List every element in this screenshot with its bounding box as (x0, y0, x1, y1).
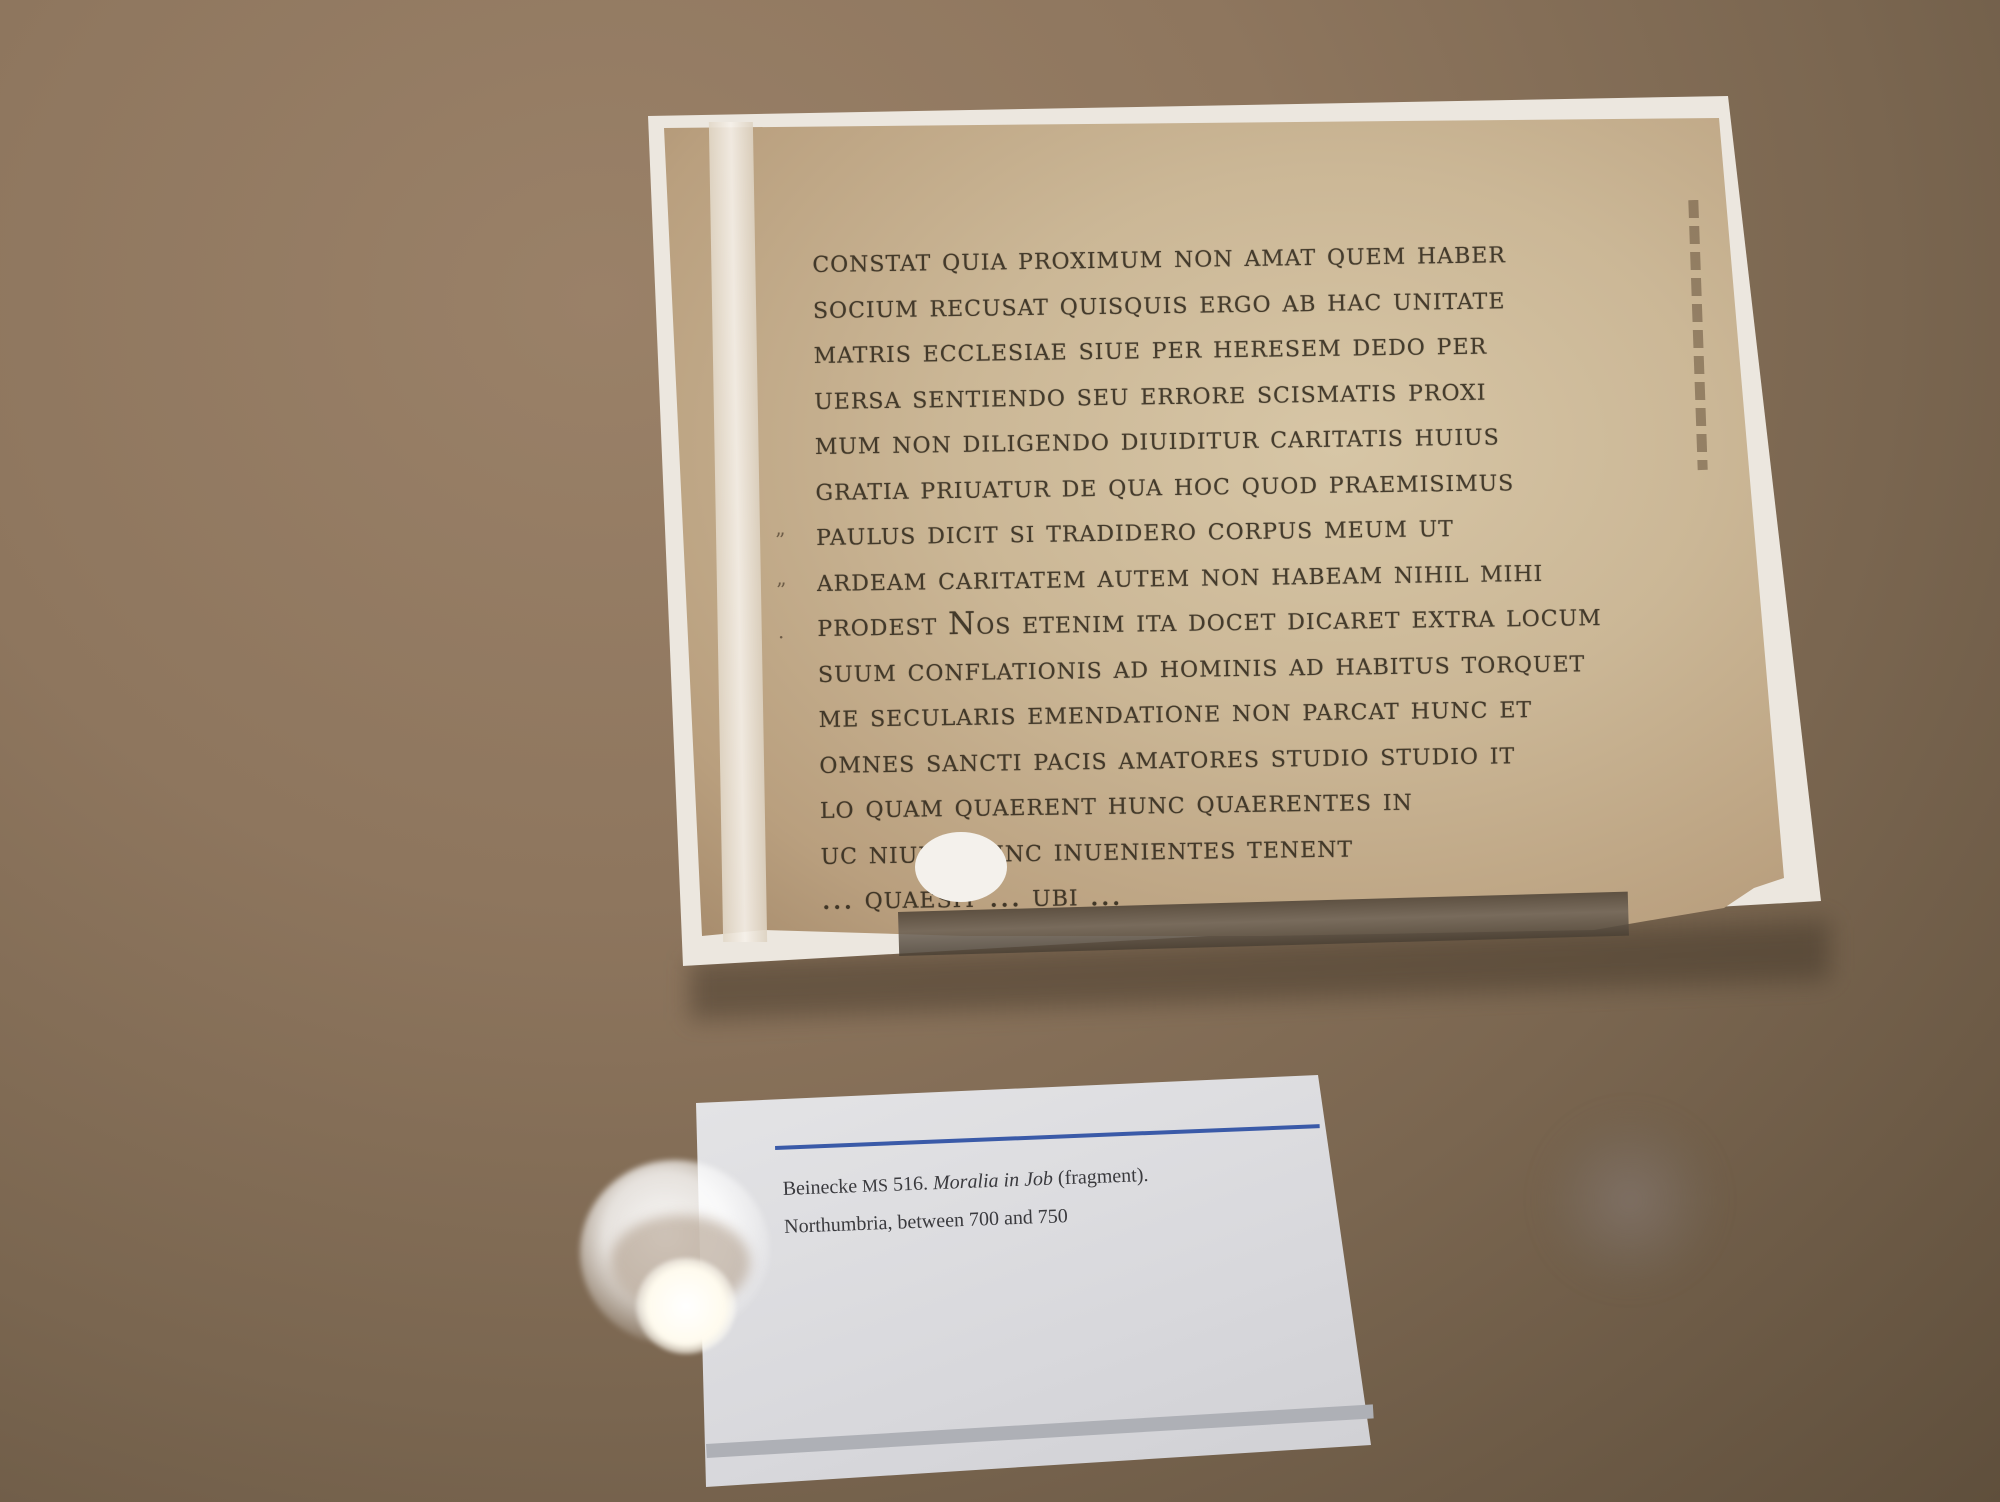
margin-mark: ” (776, 578, 786, 602)
manuscript-text: constat quia proximum non amat quem habe… (812, 228, 1711, 923)
margin-mark: · (778, 625, 784, 649)
display-case: constat quia proximum non amat quem habe… (0, 0, 2000, 1502)
label-title: Moralia in Job (933, 1168, 1054, 1195)
margin-mark: ” (775, 528, 785, 552)
parchment-hole (915, 832, 1007, 902)
light-glare-core (636, 1258, 736, 1354)
faint-reflection (1540, 1100, 1720, 1300)
